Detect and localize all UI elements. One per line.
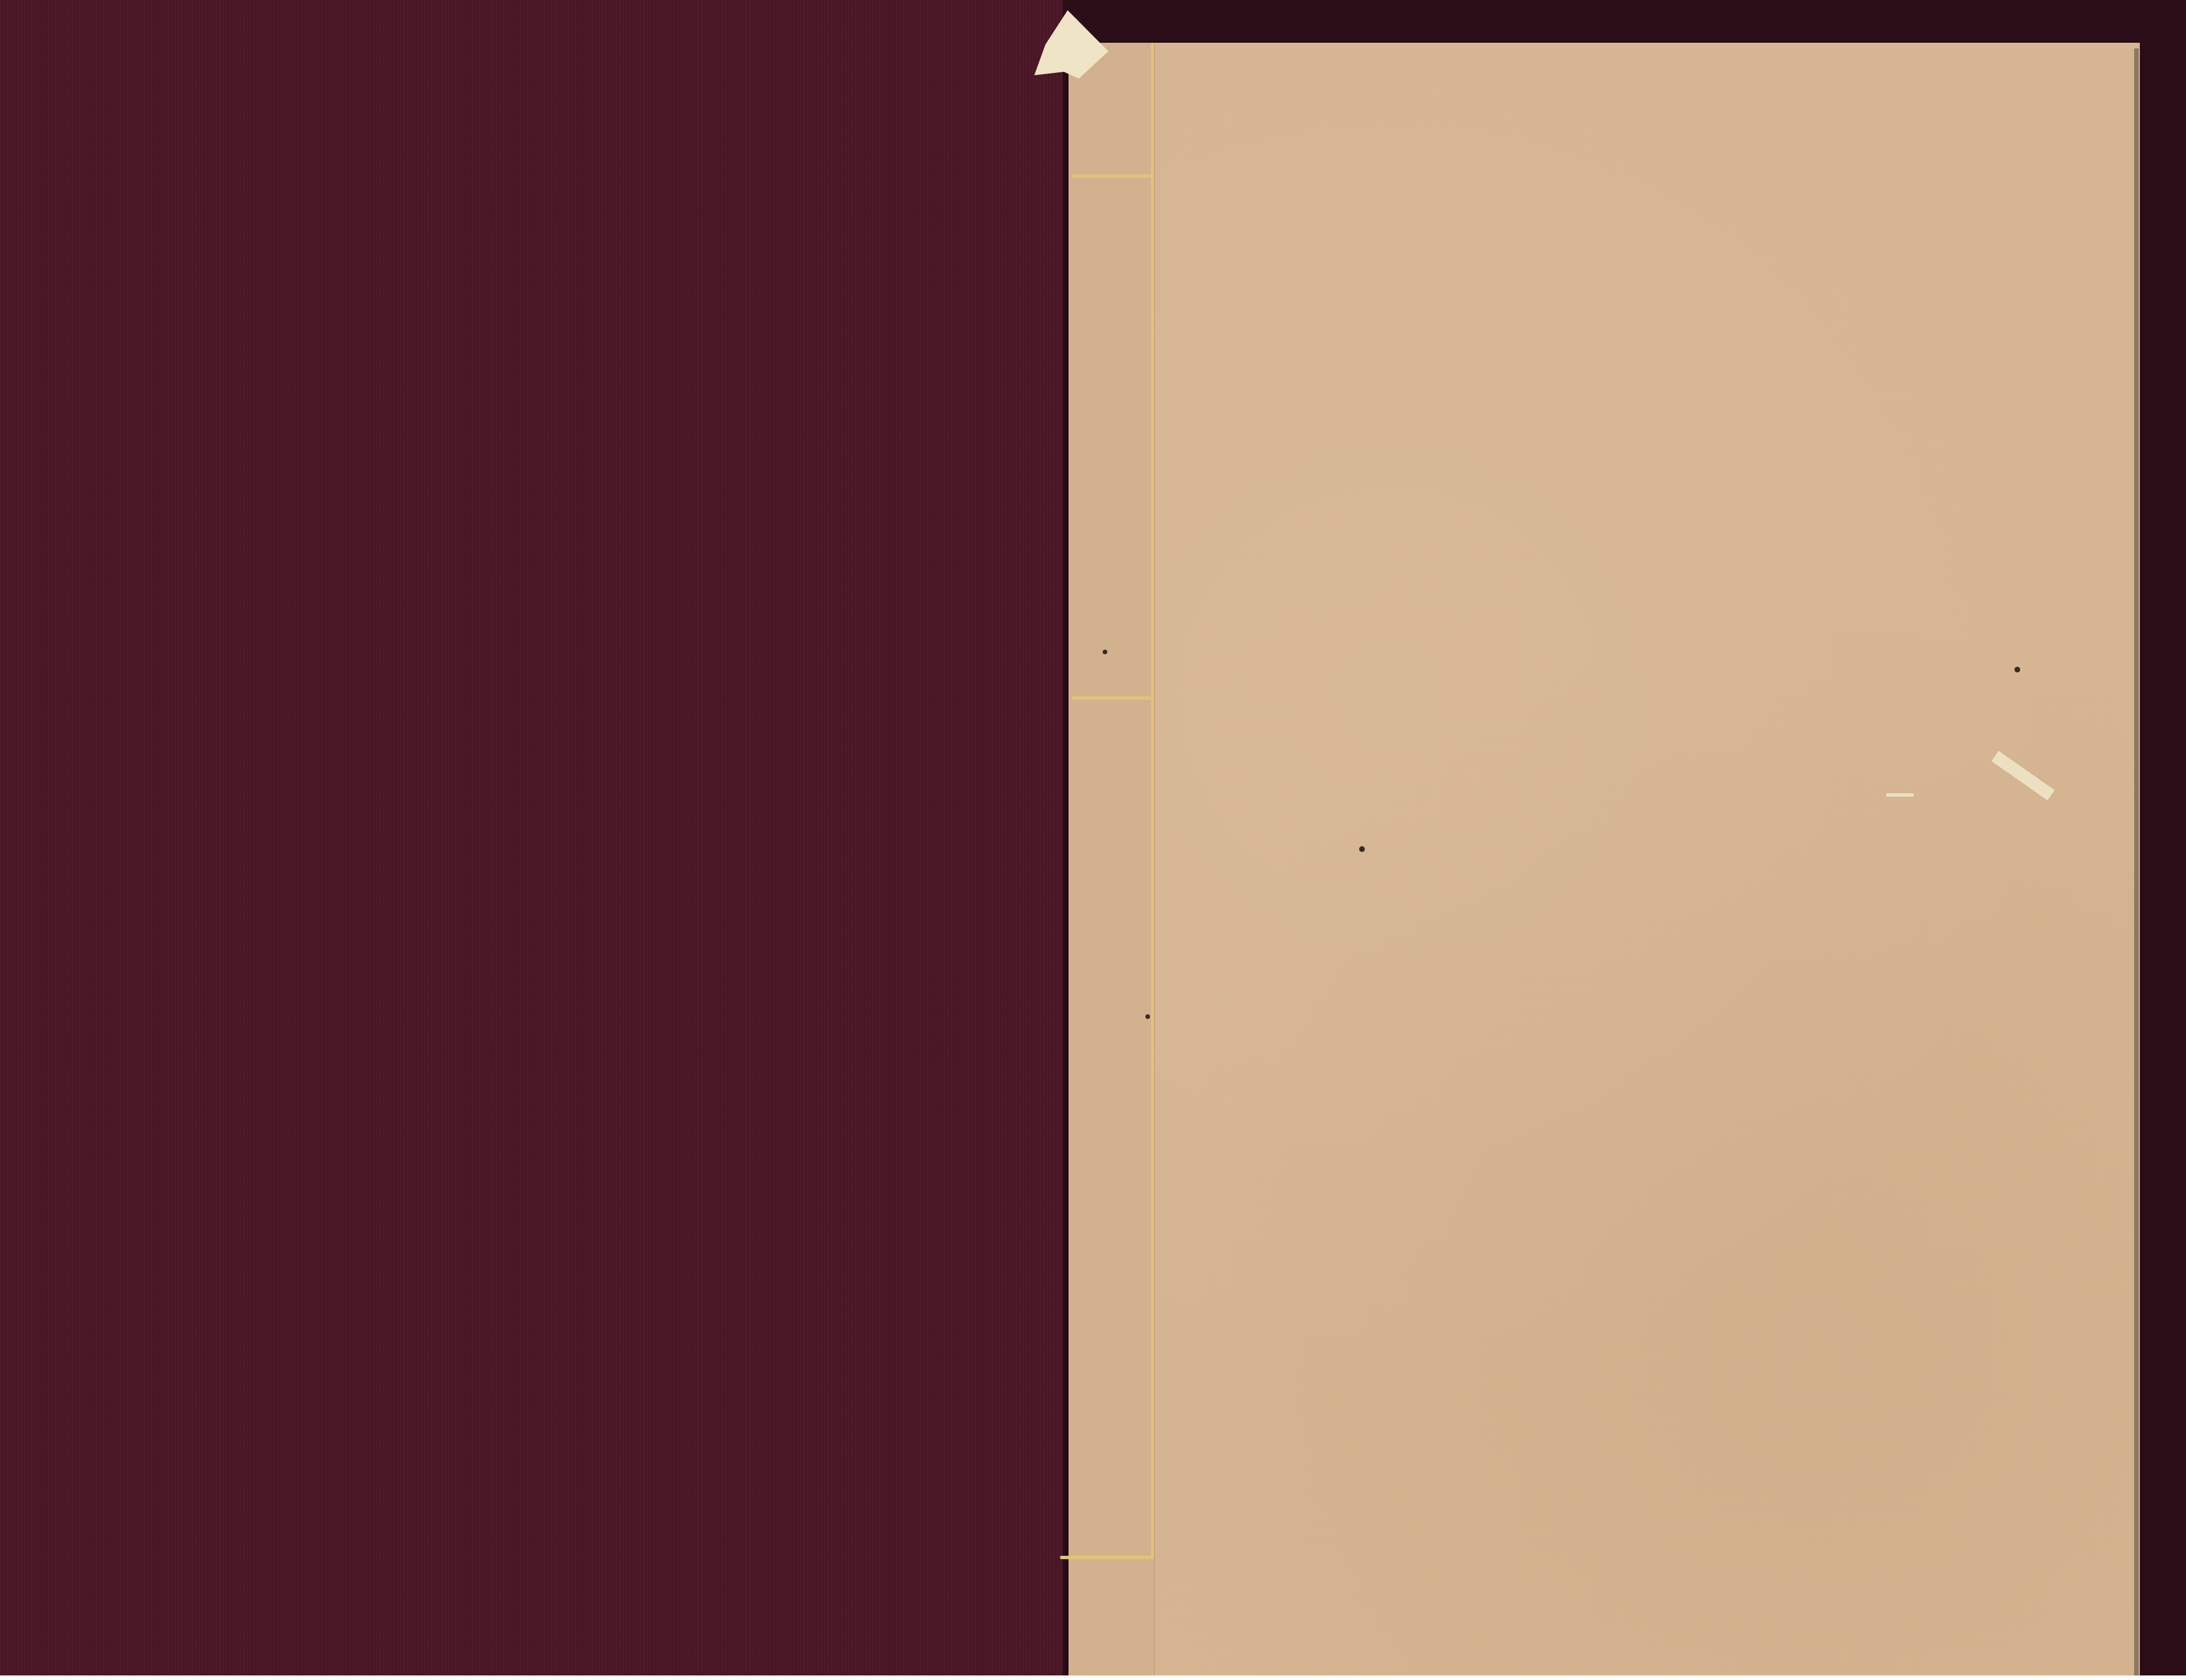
binding-stitch-2 bbox=[1071, 696, 1154, 700]
binding-margin bbox=[1068, 43, 1155, 1675]
paper-damage-mark bbox=[1886, 793, 1914, 797]
binding-stitch-3 bbox=[1060, 1556, 1154, 1559]
page-edge bbox=[2134, 48, 2139, 1675]
maroon-backing-board bbox=[0, 0, 1063, 1680]
paper-spot bbox=[1103, 650, 1107, 654]
scan-border bbox=[0, 1675, 2186, 1680]
book-scan bbox=[0, 0, 2186, 1680]
binding-stitch-1 bbox=[1071, 174, 1154, 178]
paper-spot bbox=[2014, 667, 2020, 672]
binding-thread-vertical bbox=[1151, 43, 1154, 1559]
book-cover bbox=[1068, 43, 2140, 1675]
paper-spot bbox=[1359, 846, 1365, 852]
paper-spot bbox=[1145, 1014, 1150, 1019]
right-board-edge bbox=[2143, 40, 2186, 1680]
